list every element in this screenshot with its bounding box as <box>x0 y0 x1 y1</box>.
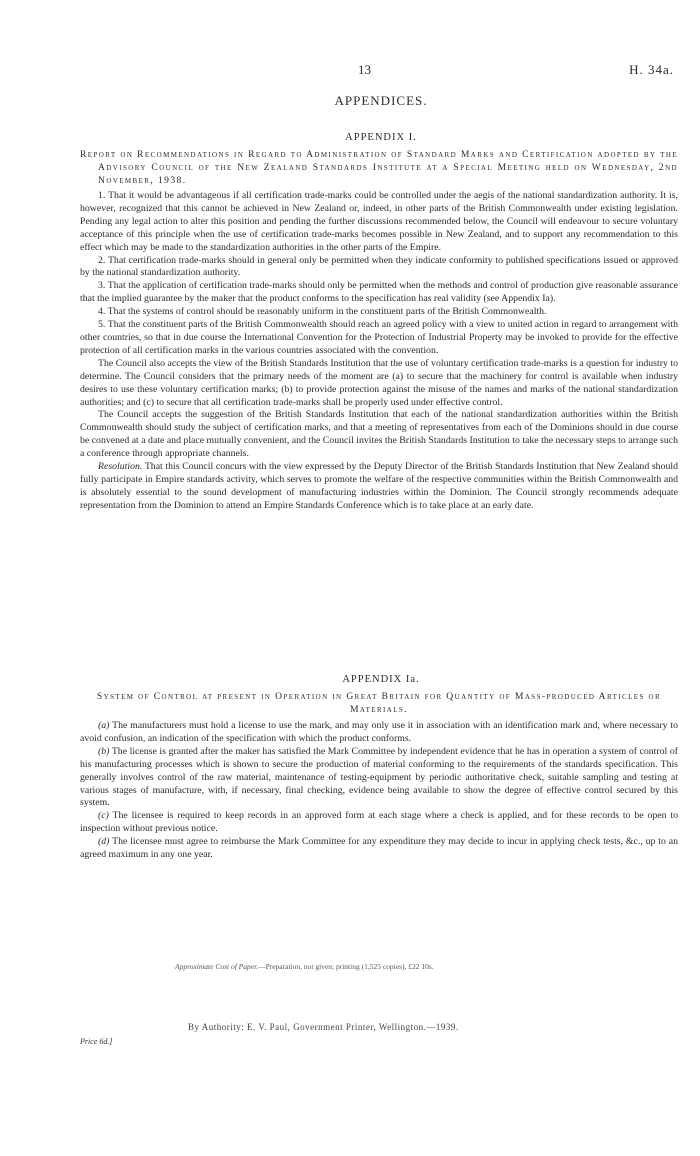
paragraph-council-suggestion: The Council accepts the suggestion of th… <box>80 409 678 461</box>
item-a: (a) The manufacturers must hold a licens… <box>80 720 678 746</box>
item-b: (b) The license is granted after the mak… <box>80 746 678 811</box>
paragraph-2: 2. That certification trade-marks should… <box>80 255 678 281</box>
item-label: (d) <box>98 836 109 847</box>
paragraph-resolution: Resolution. That this Council concurs wi… <box>80 461 678 513</box>
appendix-1-subheading: Report on Recommendations in Regard to A… <box>80 148 678 188</box>
page-header: 13 H. 34a. <box>80 62 682 82</box>
appendix-1-body: 1. That it would be advantageous if all … <box>80 190 678 513</box>
appendix-1a-subheading: System of Control at present in Operatio… <box>80 690 678 716</box>
page-title: APPENDICES. <box>80 93 682 109</box>
item-d: (d) The licensee must agree to reimburse… <box>80 836 678 862</box>
page-number: 13 <box>358 62 371 78</box>
cost-text: —Preparation, not given; printing (1,525… <box>258 962 434 971</box>
paragraph-5: 5. That the constituent parts of the Bri… <box>80 319 678 358</box>
paper-reference: H. 34a. <box>629 62 674 78</box>
appendix-1a-heading: APPENDIX Ia. <box>80 674 682 685</box>
resolution-text: That this Council concurs with the view … <box>80 461 678 511</box>
cost-label: Approximate Cost of Paper. <box>175 962 258 971</box>
printer-authority: By Authority: E. V. Paul, Government Pri… <box>188 1022 459 1032</box>
appendix-1a-body: (a) The manufacturers must hold a licens… <box>80 720 678 862</box>
paragraph-council-view: The Council also accepts the view of the… <box>80 358 678 410</box>
item-label: (a) <box>98 720 109 731</box>
appendix-1-heading: APPENDIX I. <box>80 132 682 143</box>
price-note: Price 6d.] <box>80 1037 112 1046</box>
item-text: The license is granted after the maker h… <box>80 746 678 809</box>
paragraph-1: 1. That it would be advantageous if all … <box>80 190 678 255</box>
cost-of-paper-note: Approximate Cost of Paper.—Preparation, … <box>175 962 434 971</box>
item-text: The licensee must agree to reimburse the… <box>80 836 678 860</box>
paragraph-3: 3. That the application of certification… <box>80 280 678 306</box>
item-text: The manufacturers must hold a license to… <box>80 720 678 744</box>
item-c: (c) The licensee is required to keep rec… <box>80 810 678 836</box>
item-text: The licensee is required to keep records… <box>80 810 678 834</box>
resolution-label: Resolution. <box>98 461 142 472</box>
item-label: (b) <box>98 746 109 757</box>
paragraph-4: 4. That the systems of control should be… <box>80 306 678 319</box>
item-label: (c) <box>98 810 109 821</box>
